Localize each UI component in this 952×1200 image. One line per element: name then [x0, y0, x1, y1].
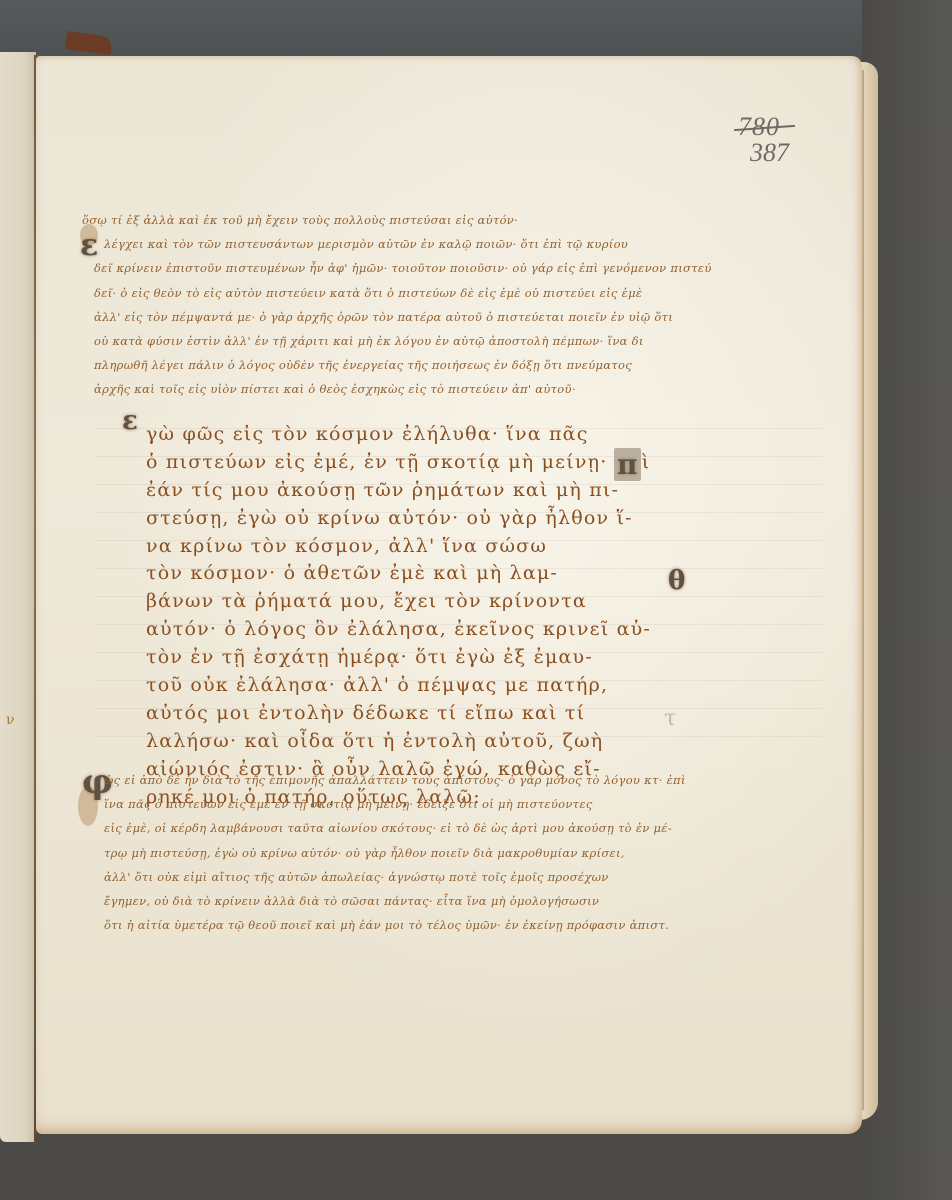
commentary-line: δεῖ κρίνειν ἐπιστοῦν πιστευμένων ἦν ἀφ' … [82, 256, 712, 280]
main-text-line: τὸν ἐν τῇ ἐσχάτῃ ἡμέρᾳ· ὅτι ἐγὼ ἐξ ἐμαυ- [146, 644, 666, 672]
page-edge-line [862, 70, 864, 1110]
main-text-line: ἐάν τίς μου ἀκούσῃ τῶν ῥημάτων καὶ μὴ πι… [146, 477, 666, 505]
main-text-line: βάνων τὰ ῥήματά μου, ἔχει τὸν κρίνοντα [146, 588, 666, 616]
marginal-initial-pi: π [614, 448, 641, 481]
commentary-line: τρῳ μὴ πιστεύσῃ, ἐγὼ οὐ κρίνω αὐτόν· οὐ … [104, 841, 710, 865]
facing-page-edge: ν [0, 52, 36, 1142]
commentary-line: ἀλλ' ὅτι οὐκ εἰμὶ αἴτιος τῆς αὐτῶν ἀπωλε… [104, 865, 710, 889]
faded-marginal-mark: τ [664, 706, 676, 731]
commentary-line: ἀρχῆς καὶ τοῖς εἰς υἱὸν πίστει καὶ ὁ θεὸ… [82, 377, 712, 401]
commentary-line: πληρωθῆ λέγει πάλιν ὁ λόγος οὐδὲν τῆς ἐν… [82, 353, 712, 377]
main-text-line: να κρίνω τὸν κόσμον, ἀλλ' ἵνα σώσω [146, 533, 666, 561]
main-text-line: αὐτός μοι ἐντολὴν δέδωκε τί εἴπω καὶ τί [146, 700, 666, 728]
main-text-line: ὁ πιστεύων εἰς ἐμέ, ἐν τῇ σκοτίᾳ μὴ μείν… [146, 449, 666, 477]
main-text-line: στεύσῃ, ἐγὼ οὐ κρίνω αὐτόν· οὐ γὰρ ἦλθον… [146, 505, 666, 533]
commentary-top: ὅσῳ τί ἐξ ἀλλὰ καὶ ἐκ τοῦ μὴ ἔχειν τοὺς … [82, 208, 712, 402]
main-text-line: λαλήσω· καὶ οἶδα ὅτι ἡ ἐντολὴ αὐτοῦ, ζωὴ [146, 728, 666, 756]
commentary-line: δεῖ· ὁ εἰς θεὸν τὸ εἰς αὐτὸν πιστεύειν κ… [82, 281, 712, 305]
commentary-line: οὐ κατὰ φύσιν ἐστὶν ἀλλ' ἐν τῇ χάριτι κα… [82, 329, 712, 353]
main-text-line: γὼ φῶς εἰς τὸν κόσμον ἐλήλυθα· ἵνα πᾶς [146, 421, 666, 449]
main-text-line: τοῦ οὐκ ἐλάλησα· ἀλλ' ὁ πέμψας με πατήρ, [146, 672, 666, 700]
commentary-line: εἰς ἐμὲ, οἱ κέρδη λαμβάνουσι ταῦτα αἰωνί… [104, 816, 710, 840]
left-page-fragment: ν [6, 712, 15, 728]
marginal-initial-theta: θ [668, 566, 685, 596]
folio-number: 780 387 [738, 112, 789, 168]
commentary-line: ὅσῳ τί ἐξ ἀλλὰ καὶ ἐκ τοῦ μὴ ἔχειν τοὺς … [82, 208, 712, 232]
decorated-initial-epsilon-main: ε [122, 406, 138, 436]
main-text: γὼ φῶς εἰς τὸν κόσμον ἐλήλυθα· ἵνα πᾶς ὁ… [146, 421, 666, 811]
commentary-line: ἔγημεν, οὐ διὰ τὸ κρίνειν ἀλλὰ διὰ τὸ σῶ… [104, 889, 710, 913]
folio-number-current: 387 [750, 138, 789, 168]
commentary-line: ὡς εἰ ἀπὸ δὲ ἦν διὰ τὸ τῆς ἐπιμονῆς ἀπαλ… [104, 768, 710, 792]
manuscript-page: 780 387 ε ὅσῳ τί ἐξ ἀλλὰ καὶ ἐκ τοῦ μὴ ἔ… [36, 56, 862, 1134]
commentary-bottom: ὡς εἰ ἀπὸ δὲ ἦν διὰ τὸ τῆς ἐπιμονῆς ἀπαλ… [104, 768, 710, 937]
backdrop-top [0, 0, 952, 60]
commentary-line: ὅτι ἡ αἰτία ὑμετέρα τῷ θεοῦ ποιεῖ καὶ μὴ… [104, 913, 710, 937]
main-text-line: τὸν κόσμον· ὁ ἀθετῶν ἐμὲ καὶ μὴ λαμ- [146, 560, 666, 588]
main-text-line: αὐτόν· ὁ λόγος ὃν ἐλάλησα, ἐκεῖνος κρινε… [146, 616, 666, 644]
commentary-line: ἀλλ' εἰς τὸν πέμψαντά με· ὁ γὰρ ἀρχῆς ὁρ… [82, 305, 712, 329]
folio-number-struck: 780 [738, 112, 789, 142]
commentary-line: ἵνα πᾶς ὁ πιστεύων εἰς ἐμὲ ἐν τῇ σκοτίᾳ … [104, 792, 710, 816]
commentary-line: λέγχει καὶ τὸν τῶν πιστευσάντων μερισμὸν… [82, 232, 712, 256]
